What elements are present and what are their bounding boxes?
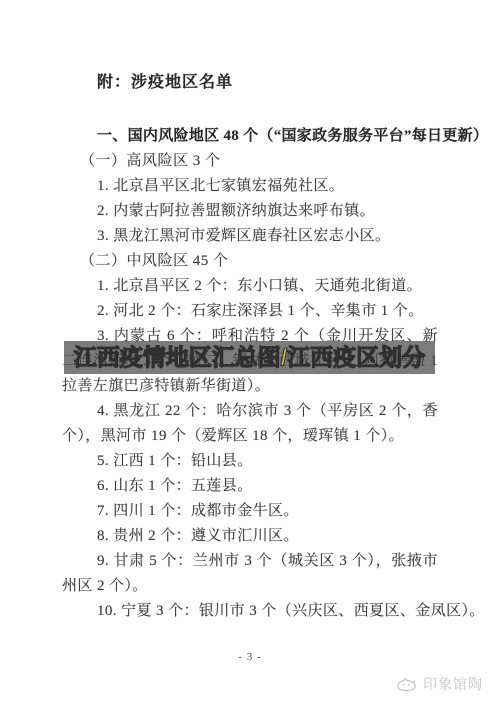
watermark: 印象馆陶 [396, 674, 483, 694]
doc-line: 3. 黑龙江黑河市爱辉区鹿春社区宏志小区。 [0, 224, 500, 249]
doc-line: 州区 2 个）。 [0, 574, 500, 599]
doc-line: 7. 四川 1 个：成都市金牛区。 [0, 499, 500, 524]
overlay-caption-text: 江西疫情地区汇总图/江西疫区划分 [74, 346, 425, 369]
page-number: - 3 - [0, 651, 500, 663]
doc-line: 2. 河北 2 个：石家庄深泽县 1 个、辛集市 1 个。 [0, 299, 500, 324]
doc-line: 10. 宁夏 3 个：银川市 3 个（兴庆区、西夏区、金凤区）。 [0, 599, 500, 624]
doc-line: 1. 北京昌平区北七家镇宏福苑社区。 [0, 174, 500, 199]
overlay-caption-banner: 江西疫情地区汇总图/江西疫区划分 [64, 341, 435, 374]
doc-line: （二）中风险区 45 个 [0, 249, 500, 274]
doc-line: 8. 贵州 2 个：遵义市汇川区。 [0, 524, 500, 549]
doc-line: 一、国内风险地区 48 个（“国家政务服务平台”每日更新） [0, 124, 500, 149]
doc-line: 个），黑河市 19 个（爱辉区 18 个，瑷珲镇 1 个）。 [0, 424, 500, 449]
doc-line: （一）高风险区 3 个 [0, 149, 500, 174]
document-page: 附：涉疫地区名单一、国内风险地区 48 个（“国家政务服务平台”每日更新）（一）… [0, 0, 500, 707]
doc-line: 附：涉疫地区名单 [0, 70, 500, 95]
watermark-text: 印象馆陶 [423, 674, 483, 694]
doc-line: 拉善左旗巴彦特镇新华街道）。 [0, 374, 500, 399]
doc-line: 6. 山东 1 个：五莲县。 [0, 474, 500, 499]
doc-line: 9. 甘肃 5 个：兰州市 3 个（城关区 3 个），张掖市 2 个（甘 [0, 549, 500, 574]
doc-line: 5. 江西 1 个：铅山县。 [0, 449, 500, 474]
doc-line: 4. 黑龙江 22 个：哈尔滨市 3 个（平房区 2 个，香坊区 1 [0, 399, 500, 424]
doc-line: 2. 内蒙古阿拉善盟额济纳旗达来呼布镇。 [0, 199, 500, 224]
watermark-logo-icon [396, 676, 418, 692]
doc-line: 1. 北京昌平区 2 个：东小口镇、天通苑北街道。 [0, 274, 500, 299]
